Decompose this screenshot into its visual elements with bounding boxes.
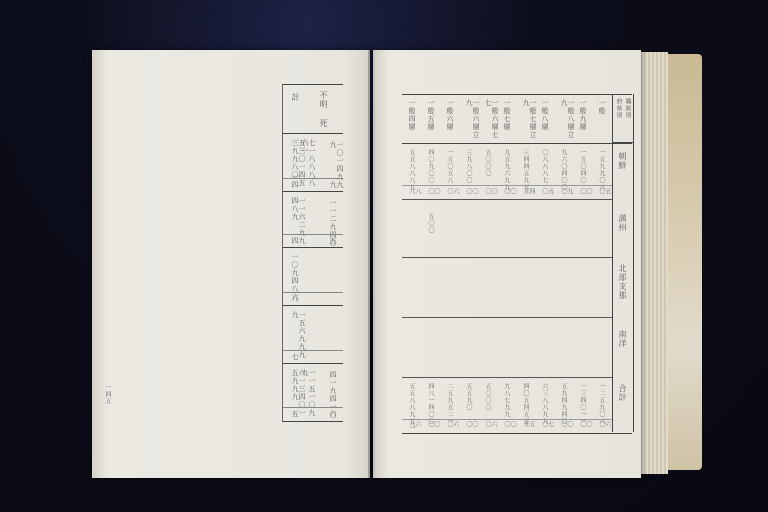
left-block-4: 一五六九九九九 七 [283, 305, 343, 364]
col-header: 一般六層 [446, 99, 453, 131]
book-back-cover [666, 54, 702, 470]
left-block-5: 六一三四〇一五九九九 一一五一〇九九 四一九四一〇 五 六 [283, 363, 343, 420]
right-table: 一般 一般九層 一般八層立九 一般八層 一般七層立九 一般七層 一般六層七七 一… [402, 94, 632, 434]
row-label-column: 府県別 職級別 朝鮮 満州 北部支那 南洋 合計 [612, 94, 634, 432]
column-header-row: 一般 一般九層 一般八層立九 一般八層 一般七層立九 一般七層 一般六層七七 一… [402, 95, 632, 144]
corner-header: 府県別 職級別 [613, 94, 633, 143]
row-label-south-seas: 南洋 [618, 330, 626, 348]
col-header: 一般四層 [408, 99, 415, 131]
row-korea: 一五九九〇八 一五〇四〇 九六〇四〇〇 〇八八八七 三四四五九五 九五九六九九 … [402, 143, 612, 200]
col-header: 一般六層七七 [484, 99, 498, 143]
col-header: 一般七層立九 [522, 99, 536, 143]
left-table: 計 不明 死 五三〇一四五三九九八〇 七一八八八八六一 一〇一四九九九 一四 九… [282, 84, 343, 422]
left-block-1: 五三〇一四五三九九八〇 七一八八八八六一 一〇一四九九九 一四 九 [283, 133, 343, 192]
row-label-north-china: 北部支那 [618, 264, 626, 300]
row-label-korea: 朝鮮 [618, 152, 626, 170]
col-header: 一般六層立九 [465, 99, 479, 143]
header-total: 計 [291, 93, 299, 102]
row-label-total: 合計 [618, 384, 626, 402]
col-header: 一般八層 [541, 99, 548, 131]
left-block-2: 一一六二九九四八九 一一二九四〇 四 五 [283, 191, 343, 248]
row-total: 一二五九〇八 一三四〇一一 五九四九四〇 六三八八九九 四〇五四五五 九八七九九… [402, 377, 612, 432]
row-south-seas [402, 317, 612, 378]
page-block-edge [640, 52, 668, 474]
left-table-header: 計 不明 死 [283, 85, 343, 134]
left-block-3: 一〇九四八六 八 [283, 247, 343, 306]
row-north-china [402, 257, 612, 318]
col-header: 一般九層 [579, 99, 586, 131]
book-spine [368, 50, 376, 478]
col-header: 一般五層 [427, 99, 434, 131]
row-label-manchuria: 満州 [618, 214, 626, 232]
header-unknown-dead: 不明 死 [319, 91, 327, 128]
left-page-number: 一四五 [104, 384, 110, 405]
col-header: 一般 [598, 99, 605, 115]
col-header: 一般八層立九 [560, 99, 574, 143]
row-manchuria: 五〇〇 [402, 199, 612, 258]
col-header: 一般七層 [503, 99, 510, 131]
